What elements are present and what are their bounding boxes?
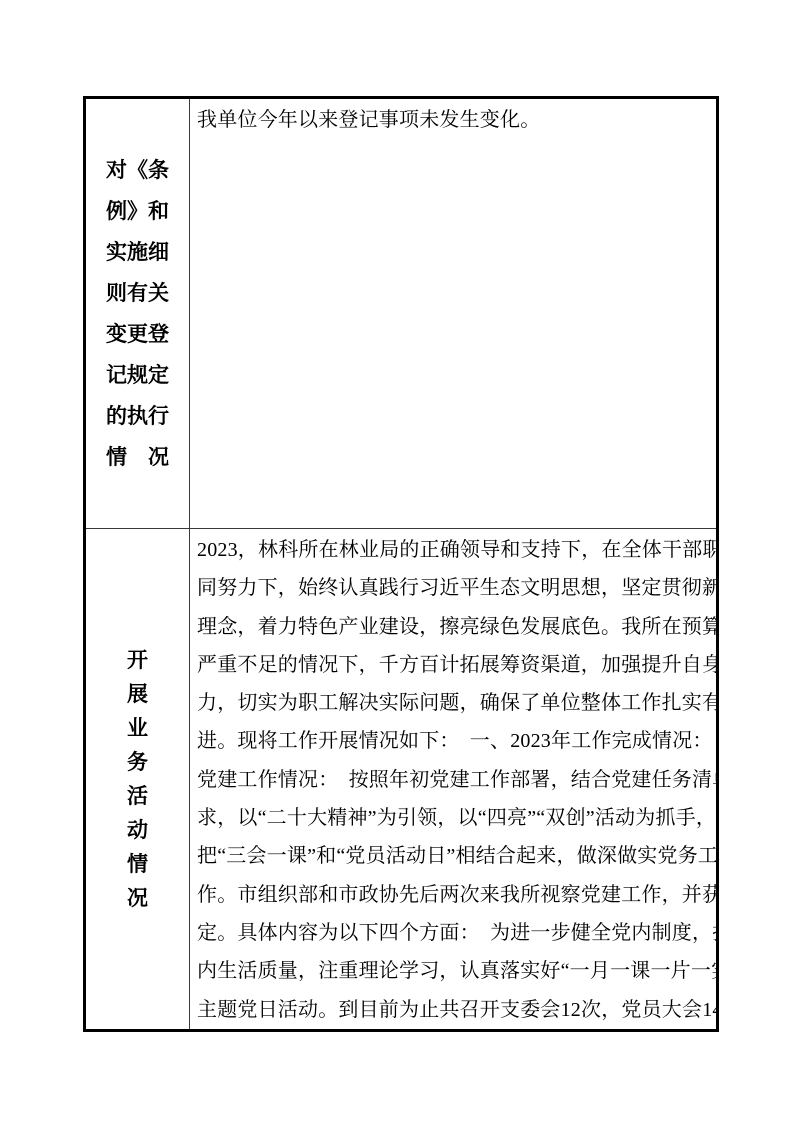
label-line: 例》和 [86, 191, 189, 232]
content-line: 作。市组织部和市政协先后两次来我所视察党建工作，并获得肯 [197, 876, 712, 914]
content-line: 定。具体内容为以下四个方面： 为进一步健全党内制度，提高党 [197, 914, 712, 952]
content-line: 党建工作情况： 按照年初党建工作部署，结合党建任务清单要 [197, 761, 712, 799]
label-line: 则有关 [86, 273, 189, 314]
content-line: 同努力下，始终认真践行习近平生态文明思想，坚定贯彻新发展 [197, 569, 712, 607]
content-line: 主题党日活动。到目前为止共召开支委会12次，党员大会14次， [197, 991, 712, 1029]
label-line: 活 [86, 779, 189, 813]
label-line: 展 [86, 677, 189, 711]
content-line: 内生活质量，注重理论学习，认真落实好“一月一课一片一实践” [197, 952, 712, 990]
label-line: 记规定 [86, 355, 189, 396]
label-line: 对《条 [86, 150, 189, 191]
label-line: 业 [86, 711, 189, 745]
content-line: 2023，林科所在林业局的正确领导和支持下，在全体干部职工共 [197, 531, 712, 569]
label-line: 动 [86, 813, 189, 847]
table-row-regulation-compliance: 对《条 例》和 实施细 则有关 变更登 记规定 的执行 情 况 我单位今年以来登… [85, 98, 718, 529]
label-line: 变更登 [86, 314, 189, 355]
label-line: 情 [86, 847, 189, 881]
annual-report-table: 对《条 例》和 实施细 则有关 变更登 记规定 的执行 情 况 我单位今年以来登… [83, 96, 719, 1032]
label-line: 情 况 [86, 437, 189, 478]
content-line: 我单位今年以来登记事项未发生变化。 [197, 101, 712, 139]
row-content-regulation-compliance: 我单位今年以来登记事项未发生变化。 [190, 98, 718, 529]
label-line: 务 [86, 745, 189, 779]
content-line: 力，切实为职工解决实际问题，确保了单位整体工作扎实有序推 [197, 684, 712, 722]
label-line: 实施细 [86, 232, 189, 273]
content-line: 理念，着力特色产业建设，擦亮绿色发展底色。我所在预算资金 [197, 608, 712, 646]
label-line: 况 [86, 881, 189, 915]
row-label-business-activities: 开 展 业 务 活 动 情 况 [85, 529, 190, 1031]
content-line: 严重不足的情况下，千方百计拓展筹资渠道，加强提升自身竞争 [197, 646, 712, 684]
content-line: 进。现将工作开展情况如下： 一、2023年工作完成情况： （一） [197, 722, 712, 760]
label-line: 开 [86, 643, 189, 677]
label-line: 的执行 [86, 396, 189, 437]
row-content-business-activities: 2023，林科所在林业局的正确领导和支持下，在全体干部职工共 同努力下，始终认真… [190, 529, 718, 1031]
row-label-regulation-compliance: 对《条 例》和 实施细 则有关 变更登 记规定 的执行 情 况 [85, 98, 190, 529]
content-line: 把“三会一课”和“党员活动日”相结合起来，做深做实党务工 [197, 837, 712, 875]
table-row-business-activities: 开 展 业 务 活 动 情 况 2023，林科所在林业局的正确领导和支持下，在全… [85, 529, 718, 1031]
content-line: 求，以“二十大精神”为引领，以“四亮”“双创”活动为抓手， [197, 799, 712, 837]
